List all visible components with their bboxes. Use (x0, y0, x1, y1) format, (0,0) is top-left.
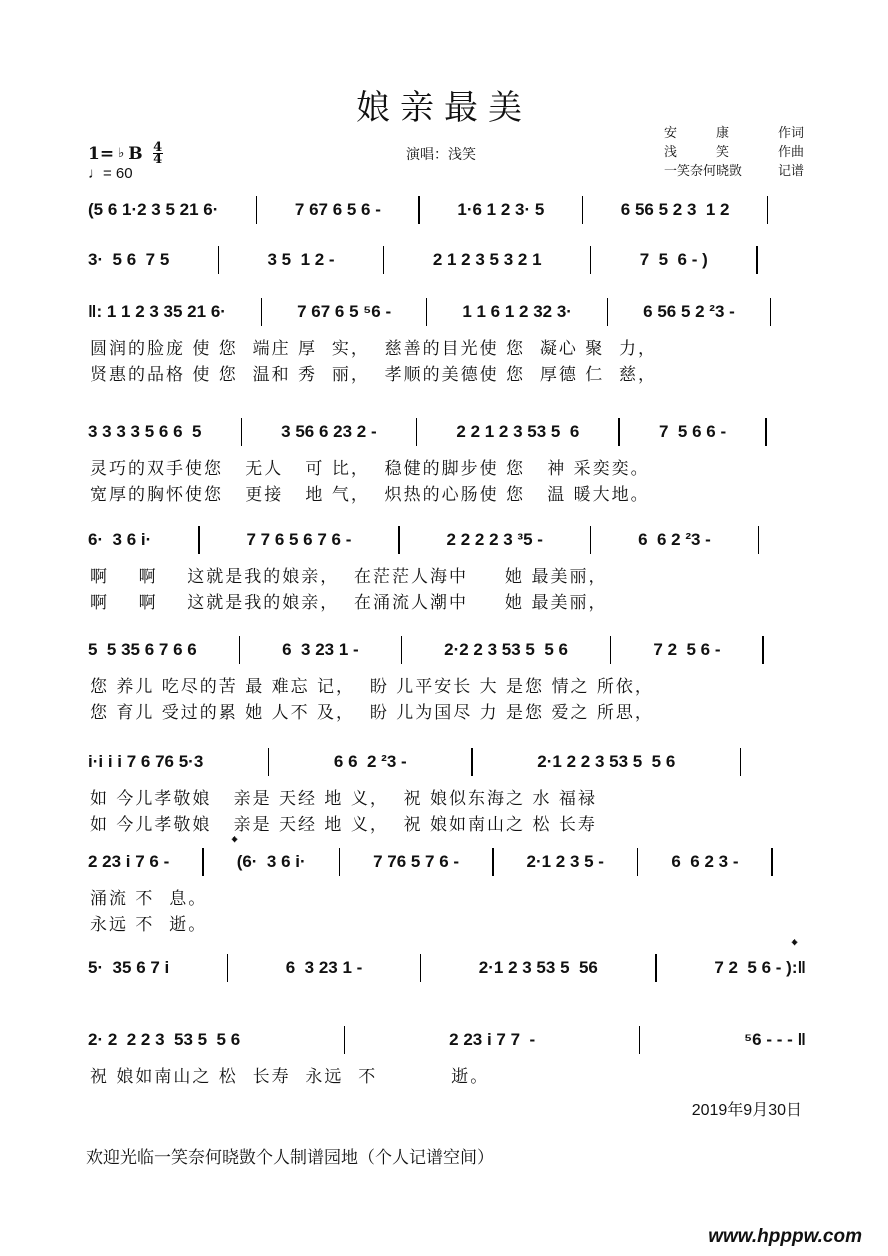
bar-line (218, 246, 220, 274)
bar-line (383, 246, 385, 274)
singer: 演唱：浅笑 (406, 144, 476, 164)
bar-line (261, 298, 263, 326)
lyric-line: 永远 不 逝。 (90, 910, 806, 935)
measure: 7 67 6 5 ⁵6 - (297, 302, 391, 322)
bar-line (241, 418, 243, 446)
tempo-mark: ♩= 60 (88, 165, 133, 182)
measure: 2·1 2 2 3 53 5 5 6 (537, 752, 675, 772)
bar-line (416, 418, 418, 446)
lyric-line: 如 今儿孝敬娘 亲是 天经 地 义， 祝 娘似东海之 水 福禄 (90, 784, 806, 809)
measure: 1 1 6 1 2 32 3· (462, 302, 572, 322)
bar-line (771, 848, 773, 876)
bar-line (618, 418, 620, 446)
measure: 6 3 23 1 - (282, 640, 359, 660)
credits: 安 康作词 浅 笑作曲 一笑奈何晓敳记谱 (664, 124, 804, 181)
measure: 2 23 i 7 7 - (449, 1030, 535, 1050)
measure: ‖: 1 1 2 3 35 21 6· (88, 302, 226, 322)
bar-line (418, 196, 420, 224)
credit-composer: 浅 笑作曲 (664, 143, 804, 162)
date: 2019年9月30日 (692, 1097, 802, 1120)
measure: 2·2 2 3 53 5 5 6 (444, 640, 568, 660)
lyric-line: 祝 娘如南山之 松 长寿 永远 不 逝。 (90, 1062, 806, 1087)
bar-line (198, 526, 200, 554)
measure: 6 6 2 3 - (671, 852, 738, 872)
measure: 3 56 6 23 2 - (281, 422, 376, 442)
lyric-line: 您 养儿 吃尽的苦 最 难忘 记， 盼 儿平安长 大 是您 情之 所依， (90, 672, 806, 697)
notation-line: 5 5 35 6 7 6 66 3 23 1 -2·2 2 3 53 5 5 6… (88, 638, 806, 660)
bar-line (607, 298, 609, 326)
measure: (6· 3 6 i· (237, 852, 306, 872)
measure: 6· 3 6 i· (88, 530, 151, 550)
credit-lyricist: 安 康作词 (664, 124, 804, 143)
key-signature: 1= ♭ B 4 4 (88, 142, 163, 165)
bar-line (770, 298, 772, 326)
measure: 2 1 2 3 5 3 2 1 (433, 250, 542, 270)
credit-name: 浅 笑 (664, 143, 729, 162)
measure: ⁵6 - - - ‖ (744, 1030, 806, 1050)
measure: 7 5 6 - ) (640, 250, 708, 270)
lyric-line: 贤惠的品格 使 您 温和 秀 丽， 孝顺的美德使 您 厚德 仁 慈， (90, 360, 806, 385)
lyric-line: 您 育儿 受过的累 她 人不 及， 盼 儿为国尽 力 是您 爱之 所思， (90, 698, 806, 723)
measure: 3· 5 6 7 5 (88, 250, 169, 270)
bar-line (471, 748, 473, 776)
bar-line (268, 748, 270, 776)
measure: 2·1 2 3 5 - (526, 852, 604, 872)
time-signature: 4 4 (153, 142, 163, 165)
coda-icon: 𝄌 (232, 834, 237, 851)
bar-line (637, 848, 639, 876)
lyric-line: 灵巧的双手使您 无人 可 比， 稳健的脚步使 您 神 采奕奕。 (90, 454, 806, 479)
measure: 2 2 1 2 3 53 5 6 (456, 422, 579, 442)
bar-line (756, 246, 758, 274)
measure: (5 6 1·2 3 5 21 6· (88, 200, 218, 220)
bar-line (239, 636, 241, 664)
measure: 7 76 5 7 6 - (373, 852, 459, 872)
measure: 6 56 5 2 3 1 2 (621, 200, 730, 220)
measure: 5 5 35 6 7 6 6 (88, 640, 197, 660)
bar-line (256, 196, 258, 224)
key-tonic: 1= (88, 144, 114, 164)
lyric-line: 涌流 不 息。 (90, 884, 806, 909)
website-watermark: www.hpppw.com (708, 1226, 862, 1248)
measure: 3 5 1 2 - (268, 250, 335, 270)
bar-line (655, 954, 657, 982)
measure: 7 5 6 6 - (659, 422, 726, 442)
lyric-line: 宽厚的胸怀使您 更接 地 气， 炽热的心肠使 您 温 暖大地。 (90, 480, 806, 505)
measure: 7 67 6 5 6 - (295, 200, 381, 220)
bar-line (492, 848, 494, 876)
bar-line (767, 196, 769, 224)
notation-line: 3· 5 6 7 53 5 1 2 -2 1 2 3 5 3 2 17 5 6 … (88, 248, 806, 270)
measure: 7 2 5 6 - (653, 640, 720, 660)
bar-line (227, 954, 229, 982)
credit-name: 一笑奈何晓敳 (664, 162, 742, 181)
measure: 3 3 3 3 5 6 6 5 (88, 422, 201, 442)
bar-line (590, 526, 592, 554)
lyric-line: 啊 啊 这就是我的娘亲， 在茫茫人海中 她 最美丽， (90, 562, 806, 587)
measure: 6 6 2 ²3 - (638, 530, 711, 550)
measure: 6 56 5 2 ²3 - (643, 302, 735, 322)
bar-line (344, 1026, 346, 1054)
notation-line: ‖: 1 1 2 3 35 21 6·7 67 6 5 ⁵6 -1 1 6 1 … (88, 300, 806, 322)
lyric-line: 圆润的脸庞 使 您 端庄 厚 实， 慈善的目光使 您 凝心 聚 力， (90, 334, 806, 359)
notation-line: 2· 2 2 2 3 53 5 5 62 23 i 7 7 -⁵6 - - - … (88, 1028, 806, 1050)
measure: 2 23 i 7 6 - (88, 852, 169, 872)
measure: 7 7 6 5 6 7 6 - (246, 530, 351, 550)
song-title: 娘亲最美 (0, 80, 888, 129)
measure: 6 6 2 ²3 - (334, 752, 407, 772)
bar-line (610, 636, 612, 664)
bar-line (765, 418, 767, 446)
bar-line (582, 196, 584, 224)
bar-line (339, 848, 341, 876)
notation-line: (5 6 1·2 3 5 21 6·7 67 6 5 6 -1·6 1 2 3·… (88, 198, 806, 220)
coda-icon: 𝄌 (792, 937, 797, 954)
credit-role: 作曲 (778, 143, 804, 162)
key-note: B (128, 144, 142, 164)
bar-line (426, 298, 428, 326)
credit-transcriber: 一笑奈何晓敳记谱 (664, 162, 804, 181)
credit-name: 安 康 (664, 124, 729, 143)
notation-line: 6· 3 6 i·7 7 6 5 6 7 6 -2 2 2 2 3 ³5 -6 … (88, 528, 806, 550)
measure: 2· 2 2 2 3 53 5 5 6 (88, 1030, 240, 1050)
notation-line: 2 23 i 7 6 -(6· 3 6 i·7 76 5 7 6 -2·1 2 … (88, 850, 806, 872)
lyric-line: 啊 啊 这就是我的娘亲， 在涌流人潮中 她 最美丽， (90, 588, 806, 613)
bar-line (420, 954, 422, 982)
time-bottom: 4 (153, 154, 162, 165)
flat-icon: ♭ (118, 146, 124, 161)
bar-line (758, 526, 760, 554)
bar-line (398, 526, 400, 554)
measure: 7 2 5 6 - ):‖ (714, 958, 806, 978)
bar-line (639, 1026, 641, 1054)
credit-role: 记谱 (778, 162, 804, 181)
measure: 1·6 1 2 3· 5 (457, 200, 544, 220)
credit-role: 作词 (778, 124, 804, 143)
welcome-text: 欢迎光临一笑奈何晓敳个人制谱园地（个人记谱空间） (86, 1143, 494, 1168)
measure: 5· 35 6 7 i (88, 958, 169, 978)
notation-line: i·i i i 7 6 76 5·36 6 2 ²3 -2·1 2 2 3 53… (88, 750, 806, 772)
measure: i·i i i 7 6 76 5·3 (88, 752, 203, 772)
lyric-line: 如 今儿孝敬娘 亲是 天经 地 义， 祝 娘如南山之 松 长寿 (90, 810, 806, 835)
bar-line (401, 636, 403, 664)
measure: 6 3 23 1 - (286, 958, 363, 978)
bar-line (740, 748, 742, 776)
measure: 2 2 2 2 3 ³5 - (447, 530, 543, 550)
bar-line (762, 636, 764, 664)
notation-line: 3 3 3 3 5 6 6 53 56 6 23 2 -2 2 1 2 3 53… (88, 420, 806, 442)
measure: 2·1 2 3 53 5 56 (479, 958, 598, 978)
bar-line (202, 848, 204, 876)
notation-line: 5· 35 6 7 i6 3 23 1 -2·1 2 3 53 5 567 2 … (88, 956, 806, 978)
bar-line (590, 246, 592, 274)
